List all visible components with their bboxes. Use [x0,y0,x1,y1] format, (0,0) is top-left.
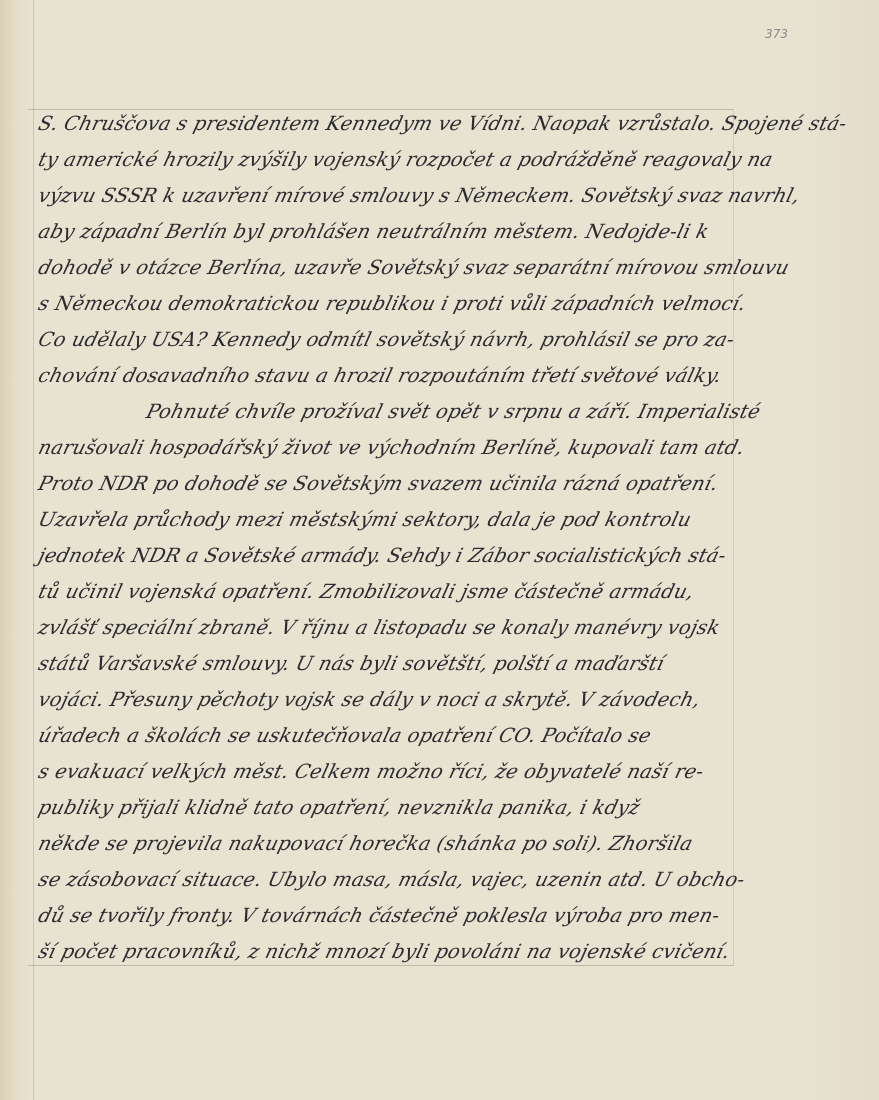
text-line: někde se projevila nakupovací horečka (s… [36,832,695,855]
text-line-paragraph-start: Pohnuté chvíle prožíval svět opět v srpn… [144,400,763,423]
text-line: chování dosavadního stavu a hrozil rozpo… [36,364,724,387]
text-line: narušovali hospodářský život ve východní… [36,436,747,459]
text-line: dohodě v otázce Berlína, uzavře Sovětský… [36,256,792,279]
text-line: úřadech a školách se uskutečňovala opatř… [36,724,654,747]
text-line: států Varšavské smlouvy. U nás byli sově… [36,652,667,675]
text-line: tů učinil vojenská opatření. Zmobilizova… [36,580,696,603]
text-line: S. Chruščova s presidentem Kennedym ve V… [36,112,849,135]
text-line: ty americké hrozily zvýšily vojenský roz… [36,148,775,171]
text-line: se zásobovací situace. Ubylo masa, másla… [36,868,747,891]
page-number: 373 [765,27,788,41]
text-line: Uzavřela průchody mezi městskými sektory… [36,508,694,531]
text-line: s Německou demokratickou republikou i pr… [36,292,749,315]
text-line: publiky přijali klidně tato opatření, ne… [36,796,642,819]
text-line: Proto NDR po dohodě se Sovětským svazem … [36,472,721,495]
chronicle-page: 373 S. Chruščova s presidentem Kennedym … [0,0,879,1100]
text-line: aby západní Berlín byl prohlášen neutrál… [36,220,711,243]
text-line: dů se tvořily fronty. V továrnách částeč… [36,904,722,927]
text-line: jednotek NDR a Sovětské armády. Sehdy i … [36,544,729,567]
text-line: s evakuací velkých měst. Celkem možno ří… [36,760,706,783]
text-line: výzvu SSSR k uzavření mírové smlouvy s N… [36,184,802,207]
text-line: zvlášť speciální zbraně. V říjnu a listo… [36,616,723,639]
text-line: Co udělaly USA? Kennedy odmítl sovětský … [36,328,737,351]
text-line: ší počet pracovníků, z nichž mnozí byli … [36,940,733,963]
text-line: vojáci. Přesuny pěchoty vojsk se dály v … [36,688,703,711]
